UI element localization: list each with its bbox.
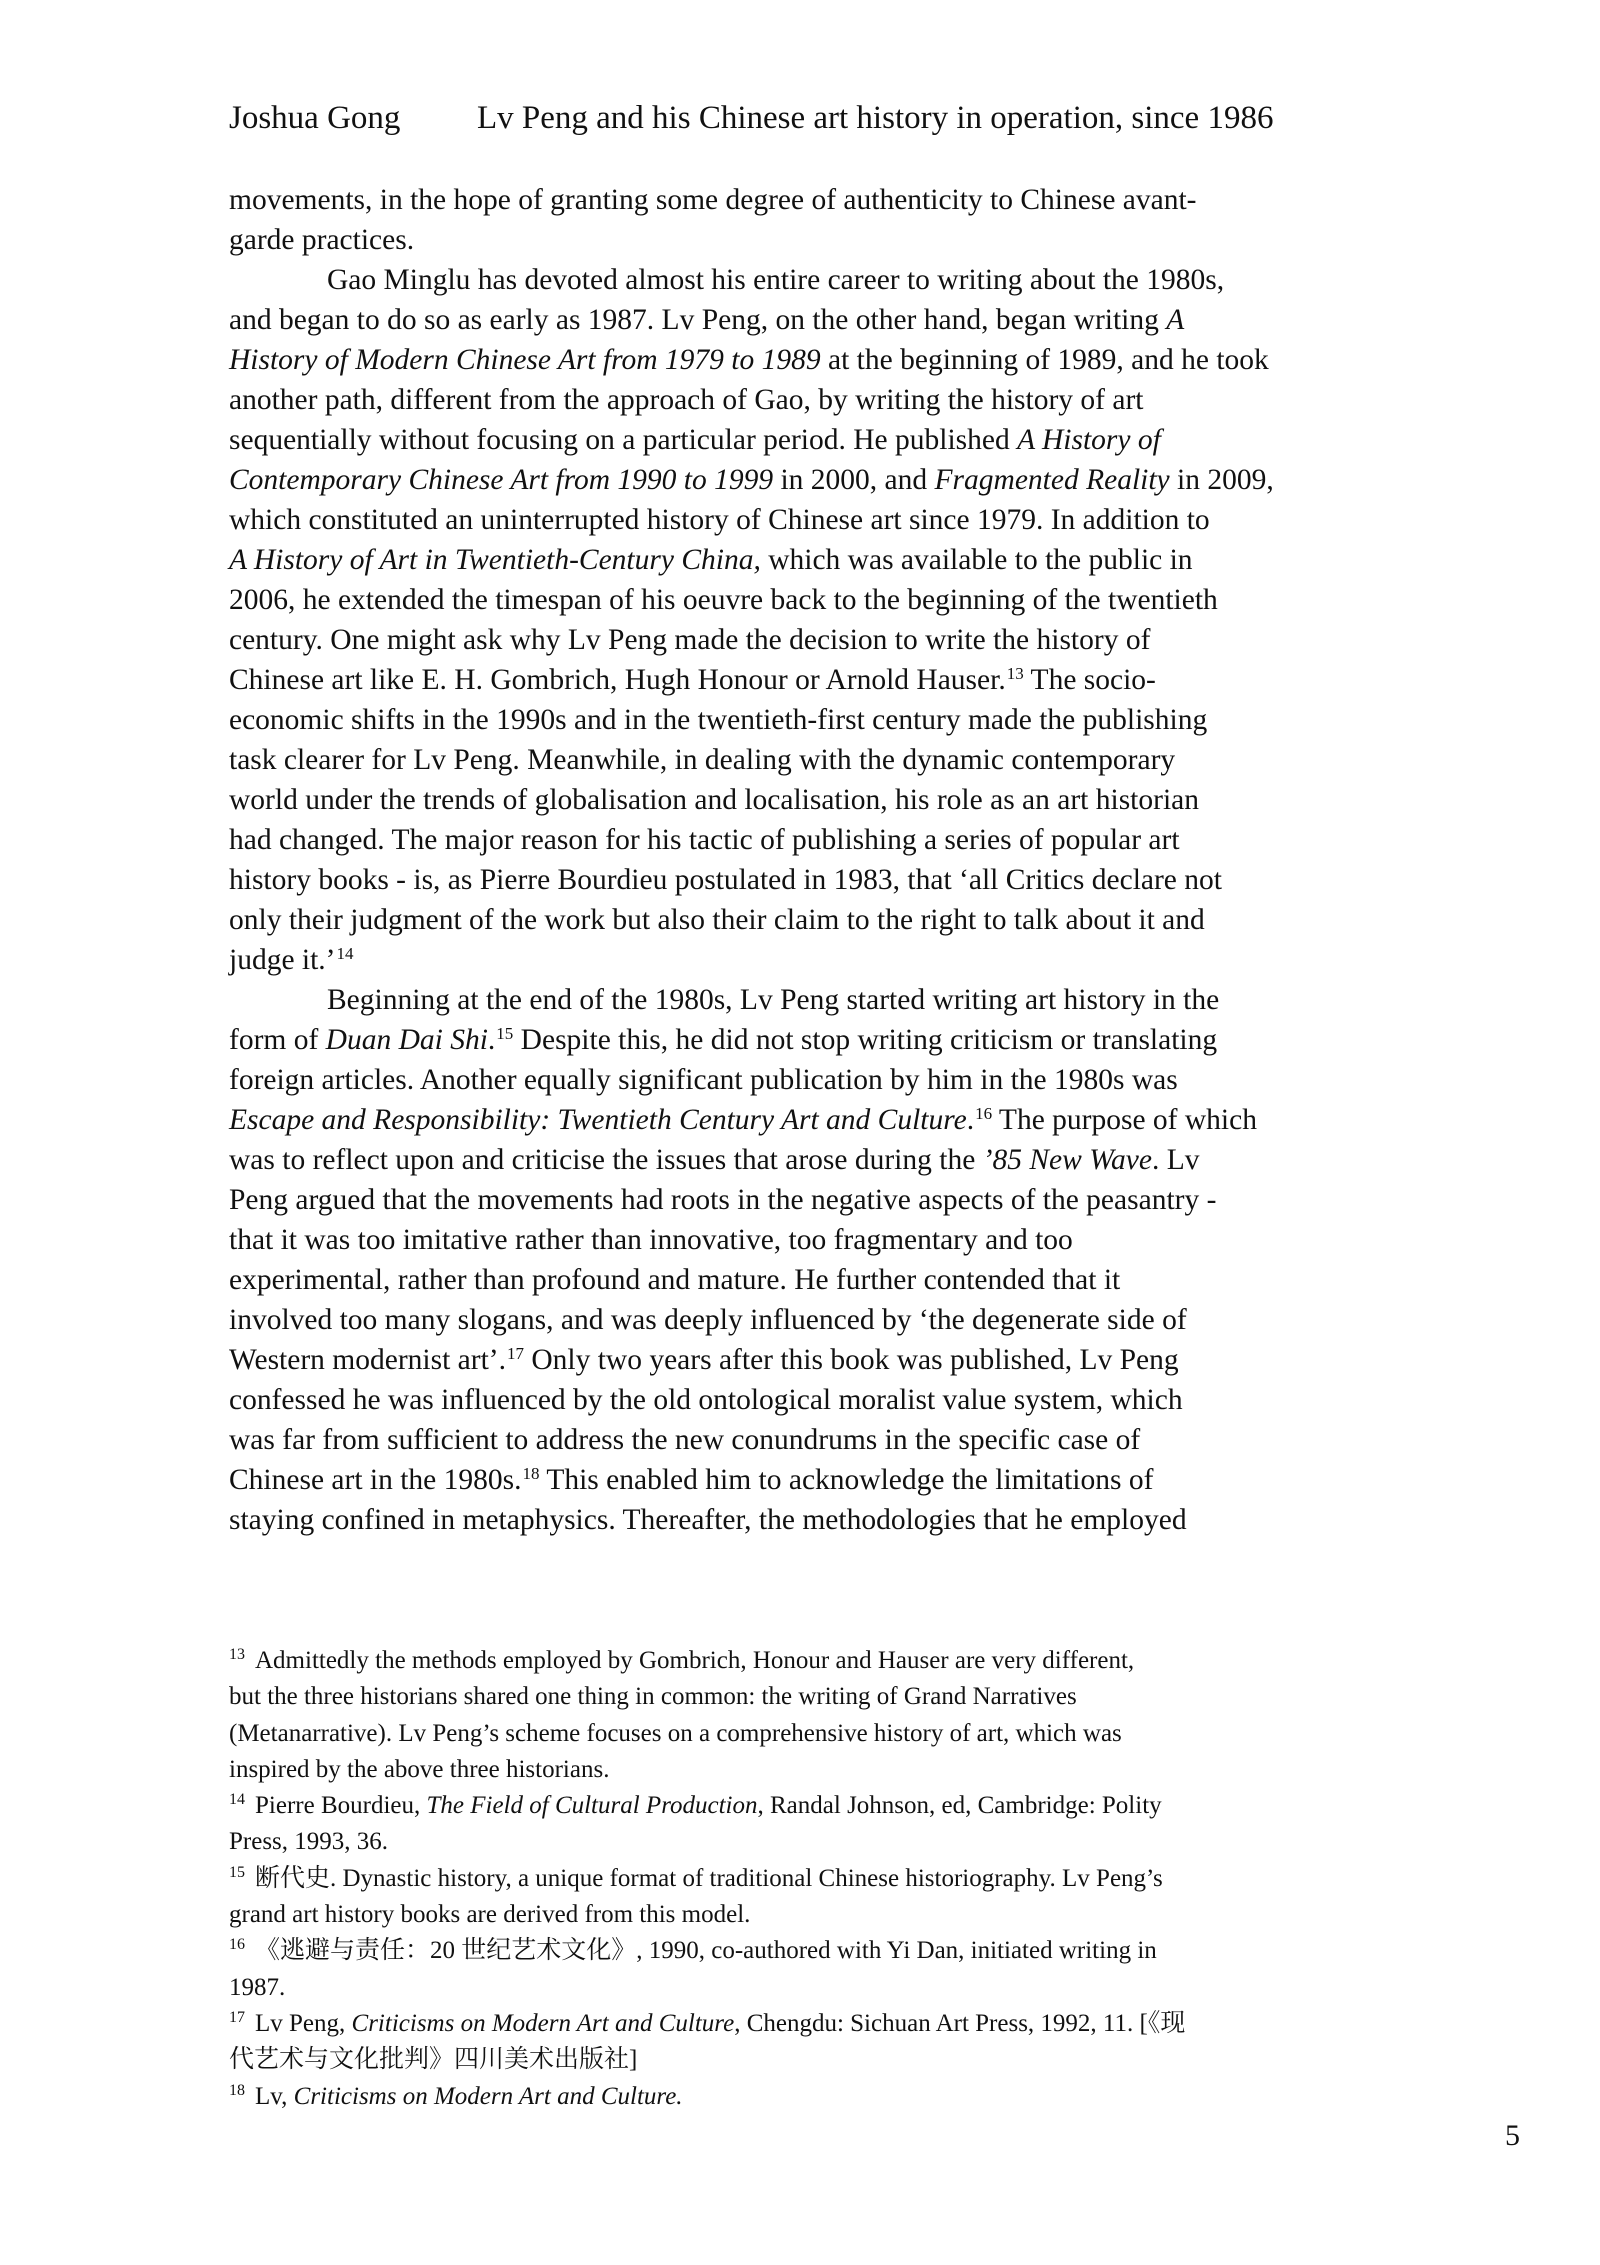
text-run: 断代史. Dynastic history, a unique format o… xyxy=(255,1865,1163,1892)
text-run: staying confined in metaphysics. Thereaf… xyxy=(229,1504,1187,1536)
body-line: garde practices. xyxy=(229,220,1339,260)
text-run: , Randal Johnson, ed, Cambridge: Polity xyxy=(758,1792,1162,1819)
body-text: movements, in the hope of granting some … xyxy=(229,180,1339,1540)
body-line: that it was too imitative rather than in… xyxy=(229,1220,1339,1260)
running-header: Joshua Gong Lv Peng and his Chinese art … xyxy=(229,96,1339,140)
footnote-reference[interactable]: 18 xyxy=(523,1464,540,1483)
text-run: and began to do so as early as 1987. Lv … xyxy=(229,304,1166,336)
text-run: in 2009, xyxy=(1170,464,1274,496)
italic-text: ’85 New Wave xyxy=(983,1144,1152,1176)
text-run: The socio- xyxy=(1024,664,1156,696)
body-line: movements, in the hope of granting some … xyxy=(229,180,1339,220)
text-run: which constituted an uninterrupted histo… xyxy=(229,504,1210,536)
text-run: . xyxy=(967,1104,974,1136)
text-run: 2006, he extended the timespan of his oe… xyxy=(229,584,1218,616)
italic-text: A History of Art in Twentieth-Century Ch… xyxy=(229,544,761,576)
body-line: Western modernist art’.17 Only two years… xyxy=(229,1340,1339,1380)
text-run: Pierre Bourdieu, xyxy=(255,1792,426,1819)
footnote-number: 16 xyxy=(229,1936,245,1953)
text-run: Admittedly the methods employed by Gombr… xyxy=(255,1647,1134,1674)
footnote-number: 18 xyxy=(229,2082,245,2099)
italic-text: A History of xyxy=(1017,424,1161,456)
footnote-line: but the three historians shared one thin… xyxy=(229,1679,1339,1715)
body-line: 2006, he extended the timespan of his oe… xyxy=(229,580,1339,620)
footnote-line: 16《逃避与责任：20 世纪艺术文化》, 1990, co-authored w… xyxy=(229,1933,1339,1969)
footnote-line: 18Lv, Criticisms on Modern Art and Cultu… xyxy=(229,2079,1339,2115)
footnote-line: 14Pierre Bourdieu, The Field of Cultural… xyxy=(229,1788,1339,1824)
footnote-line: Press, 1993, 36. xyxy=(229,1824,1339,1860)
footnote-line: grand art history books are derived from… xyxy=(229,1897,1339,1933)
footnote-reference[interactable]: 14 xyxy=(337,944,354,963)
body-line: Escape and Responsibility: Twentieth Cen… xyxy=(229,1100,1339,1140)
text-run: that it was too imitative rather than in… xyxy=(229,1224,1073,1256)
body-line: another path, different from the approac… xyxy=(229,380,1339,420)
footnote-reference[interactable]: 13 xyxy=(1007,664,1024,683)
footnote-reference[interactable]: 16 xyxy=(975,1104,992,1123)
italic-text: Contemporary Chinese Art from 1990 to 19… xyxy=(229,464,773,496)
body-line: Peng argued that the movements had roots… xyxy=(229,1180,1339,1220)
body-line: only their judgment of the work but also… xyxy=(229,900,1339,940)
text-run: only their judgment of the work but also… xyxy=(229,904,1205,936)
text-run: Chinese art in the 1980s. xyxy=(229,1464,522,1496)
footnote-number: 17 xyxy=(229,2009,245,2026)
footnote-line: (Metanarrative). Lv Peng’s scheme focuse… xyxy=(229,1716,1339,1752)
body-line: History of Modern Chinese Art from 1979 … xyxy=(229,340,1339,380)
footnote-line: 17Lv Peng, Criticisms on Modern Art and … xyxy=(229,2006,1339,2042)
header-title: Lv Peng and his Chinese art history in o… xyxy=(477,96,1273,140)
footnote-line: 1987. xyxy=(229,1970,1339,2006)
text-run: Peng argued that the movements had roots… xyxy=(229,1184,1216,1216)
body-line: judge it.’14 xyxy=(229,940,1339,980)
text-run: task clearer for Lv Peng. Meanwhile, in … xyxy=(229,744,1175,776)
footnote-14: 14Pierre Bourdieu, The Field of Cultural… xyxy=(229,1788,1339,1861)
footnote-line: 13Admittedly the methods employed by Gom… xyxy=(229,1643,1339,1679)
body-line: and began to do so as early as 1987. Lv … xyxy=(229,300,1339,340)
text-run: . Lv xyxy=(1152,1144,1200,1176)
text-run: was to reflect upon and criticise the is… xyxy=(229,1144,983,1176)
text-run: but the three historians shared one thin… xyxy=(229,1683,1077,1710)
text-run: grand art history books are derived from… xyxy=(229,1901,750,1928)
footnote-line: 代艺术与文化批判》四川美术出版社] xyxy=(229,2042,1339,2078)
document-page: Joshua Gong Lv Peng and his Chinese art … xyxy=(0,0,1600,2265)
body-line: confessed he was influenced by the old o… xyxy=(229,1380,1339,1420)
text-run: garde practices. xyxy=(229,224,414,256)
body-line: Contemporary Chinese Art from 1990 to 19… xyxy=(229,460,1339,500)
body-line: economic shifts in the 1990s and in the … xyxy=(229,700,1339,740)
footnote-line: inspired by the above three historians. xyxy=(229,1752,1339,1788)
body-line: Beginning at the end of the 1980s, Lv Pe… xyxy=(229,980,1339,1020)
body-line: task clearer for Lv Peng. Meanwhile, in … xyxy=(229,740,1339,780)
body-line: century. One might ask why Lv Peng made … xyxy=(229,620,1339,660)
text-run: movements, in the hope of granting some … xyxy=(229,184,1197,216)
body-line: staying confined in metaphysics. Thereaf… xyxy=(229,1500,1339,1540)
text-run: economic shifts in the 1990s and in the … xyxy=(229,704,1207,736)
text-run: The purpose of which xyxy=(992,1104,1257,1136)
italic-text: Escape and Responsibility: Twentieth Cen… xyxy=(229,1104,967,1136)
footnote-number: 14 xyxy=(229,1791,245,1808)
text-run: . xyxy=(488,1024,495,1056)
text-run: Western modernist art’. xyxy=(229,1344,506,1376)
text-run: Despite this, he did not stop writing cr… xyxy=(513,1024,1217,1056)
footnote-number: 13 xyxy=(229,1646,245,1663)
text-run: century. One might ask why Lv Peng made … xyxy=(229,624,1150,656)
text-run: Lv Peng, xyxy=(255,2010,352,2037)
body-line: Gao Minglu has devoted almost his entire… xyxy=(229,260,1339,300)
text-run: 代艺术与文化批判》四川美术出版社] xyxy=(229,2046,637,2073)
text-run: at the beginning of 1989, and he took xyxy=(821,344,1269,376)
body-line: Chinese art in the 1980s.18 This enabled… xyxy=(229,1460,1339,1500)
italic-text: A xyxy=(1166,304,1184,336)
body-line: foreign articles. Another equally signif… xyxy=(229,1060,1339,1100)
text-run: Only two years after this book was publi… xyxy=(524,1344,1179,1376)
footnote-number: 15 xyxy=(229,1864,245,1881)
footnotes: 13Admittedly the methods employed by Gom… xyxy=(229,1643,1339,2115)
body-line: sequentially without focusing on a parti… xyxy=(229,420,1339,460)
text-run: had changed. The major reason for his ta… xyxy=(229,824,1180,856)
text-run: Press, 1993, 36. xyxy=(229,1828,388,1855)
header-author: Joshua Gong xyxy=(229,96,400,140)
footnote-15: 15断代史. Dynastic history, a unique format… xyxy=(229,1861,1339,1934)
italic-text: Duan Dai Shi xyxy=(326,1024,488,1056)
text-run: Gao Minglu has devoted almost his entire… xyxy=(327,264,1224,296)
text-run: foreign articles. Another equally signif… xyxy=(229,1064,1178,1096)
text-run: (Metanarrative). Lv Peng’s scheme focuse… xyxy=(229,1720,1122,1747)
italic-text: Fragmented Reality xyxy=(935,464,1170,496)
body-line: A History of Art in Twentieth-Century Ch… xyxy=(229,540,1339,580)
italic-text: Criticisms on Modern Art and Culture xyxy=(352,2010,735,2037)
text-run: 《逃避与责任：20 世纪艺术文化》, 1990, co-authored wit… xyxy=(255,1937,1157,1964)
text-run: history books - is, as Pierre Bourdieu p… xyxy=(229,864,1222,896)
body-line: world under the trends of globalisation … xyxy=(229,780,1339,820)
text-run: judge it.’ xyxy=(229,944,336,976)
footnote-13: 13Admittedly the methods employed by Gom… xyxy=(229,1643,1339,1788)
body-line: was far from sufficient to address the n… xyxy=(229,1420,1339,1460)
text-run: , Chengdu: Sichuan Art Press, 1992, 11. … xyxy=(734,2010,1185,2037)
text-run: involved too many slogans, and was deepl… xyxy=(229,1304,1187,1336)
page-number: 5 xyxy=(1505,2118,1520,2154)
body-line: form of Duan Dai Shi.15 Despite this, he… xyxy=(229,1020,1339,1060)
text-run: form of xyxy=(229,1024,326,1056)
body-line: was to reflect upon and criticise the is… xyxy=(229,1140,1339,1180)
text-run: experimental, rather than profound and m… xyxy=(229,1264,1120,1296)
text-run: world under the trends of globalisation … xyxy=(229,784,1199,816)
body-line: involved too many slogans, and was deepl… xyxy=(229,1300,1339,1340)
text-run: This enabled him to acknowledge the limi… xyxy=(540,1464,1154,1496)
footnote-line: 15断代史. Dynastic history, a unique format… xyxy=(229,1861,1339,1897)
text-run: Lv, xyxy=(255,2083,294,2110)
italic-text: Criticisms on Modern Art and Culture. xyxy=(294,2083,683,2110)
footnote-16: 16《逃避与责任：20 世纪艺术文化》, 1990, co-authored w… xyxy=(229,1933,1339,2006)
text-run: Beginning at the end of the 1980s, Lv Pe… xyxy=(327,984,1219,1016)
footnote-18: 18Lv, Criticisms on Modern Art and Cultu… xyxy=(229,2079,1339,2115)
text-run: inspired by the above three historians. xyxy=(229,1756,609,1783)
text-run: which was available to the public in xyxy=(761,544,1193,576)
text-run: Chinese art like E. H. Gombrich, Hugh Ho… xyxy=(229,664,1006,696)
body-line: Chinese art like E. H. Gombrich, Hugh Ho… xyxy=(229,660,1339,700)
body-line: had changed. The major reason for his ta… xyxy=(229,820,1339,860)
body-line: history books - is, as Pierre Bourdieu p… xyxy=(229,860,1339,900)
italic-text: The Field of Cultural Production xyxy=(426,1792,757,1819)
footnote-reference[interactable]: 15 xyxy=(496,1024,513,1043)
italic-text: History of Modern Chinese Art from 1979 … xyxy=(229,344,821,376)
text-run: sequentially without focusing on a parti… xyxy=(229,424,1017,456)
footnote-reference[interactable]: 17 xyxy=(507,1344,524,1363)
body-line: which constituted an uninterrupted histo… xyxy=(229,500,1339,540)
body-line: experimental, rather than profound and m… xyxy=(229,1260,1339,1300)
footnote-17: 17Lv Peng, Criticisms on Modern Art and … xyxy=(229,2006,1339,2079)
text-run: was far from sufficient to address the n… xyxy=(229,1424,1140,1456)
text-run: 1987. xyxy=(229,1974,285,2001)
text-run: another path, different from the approac… xyxy=(229,384,1144,416)
text-run: confessed he was influenced by the old o… xyxy=(229,1384,1183,1416)
text-run: in 2000, and xyxy=(773,464,934,496)
